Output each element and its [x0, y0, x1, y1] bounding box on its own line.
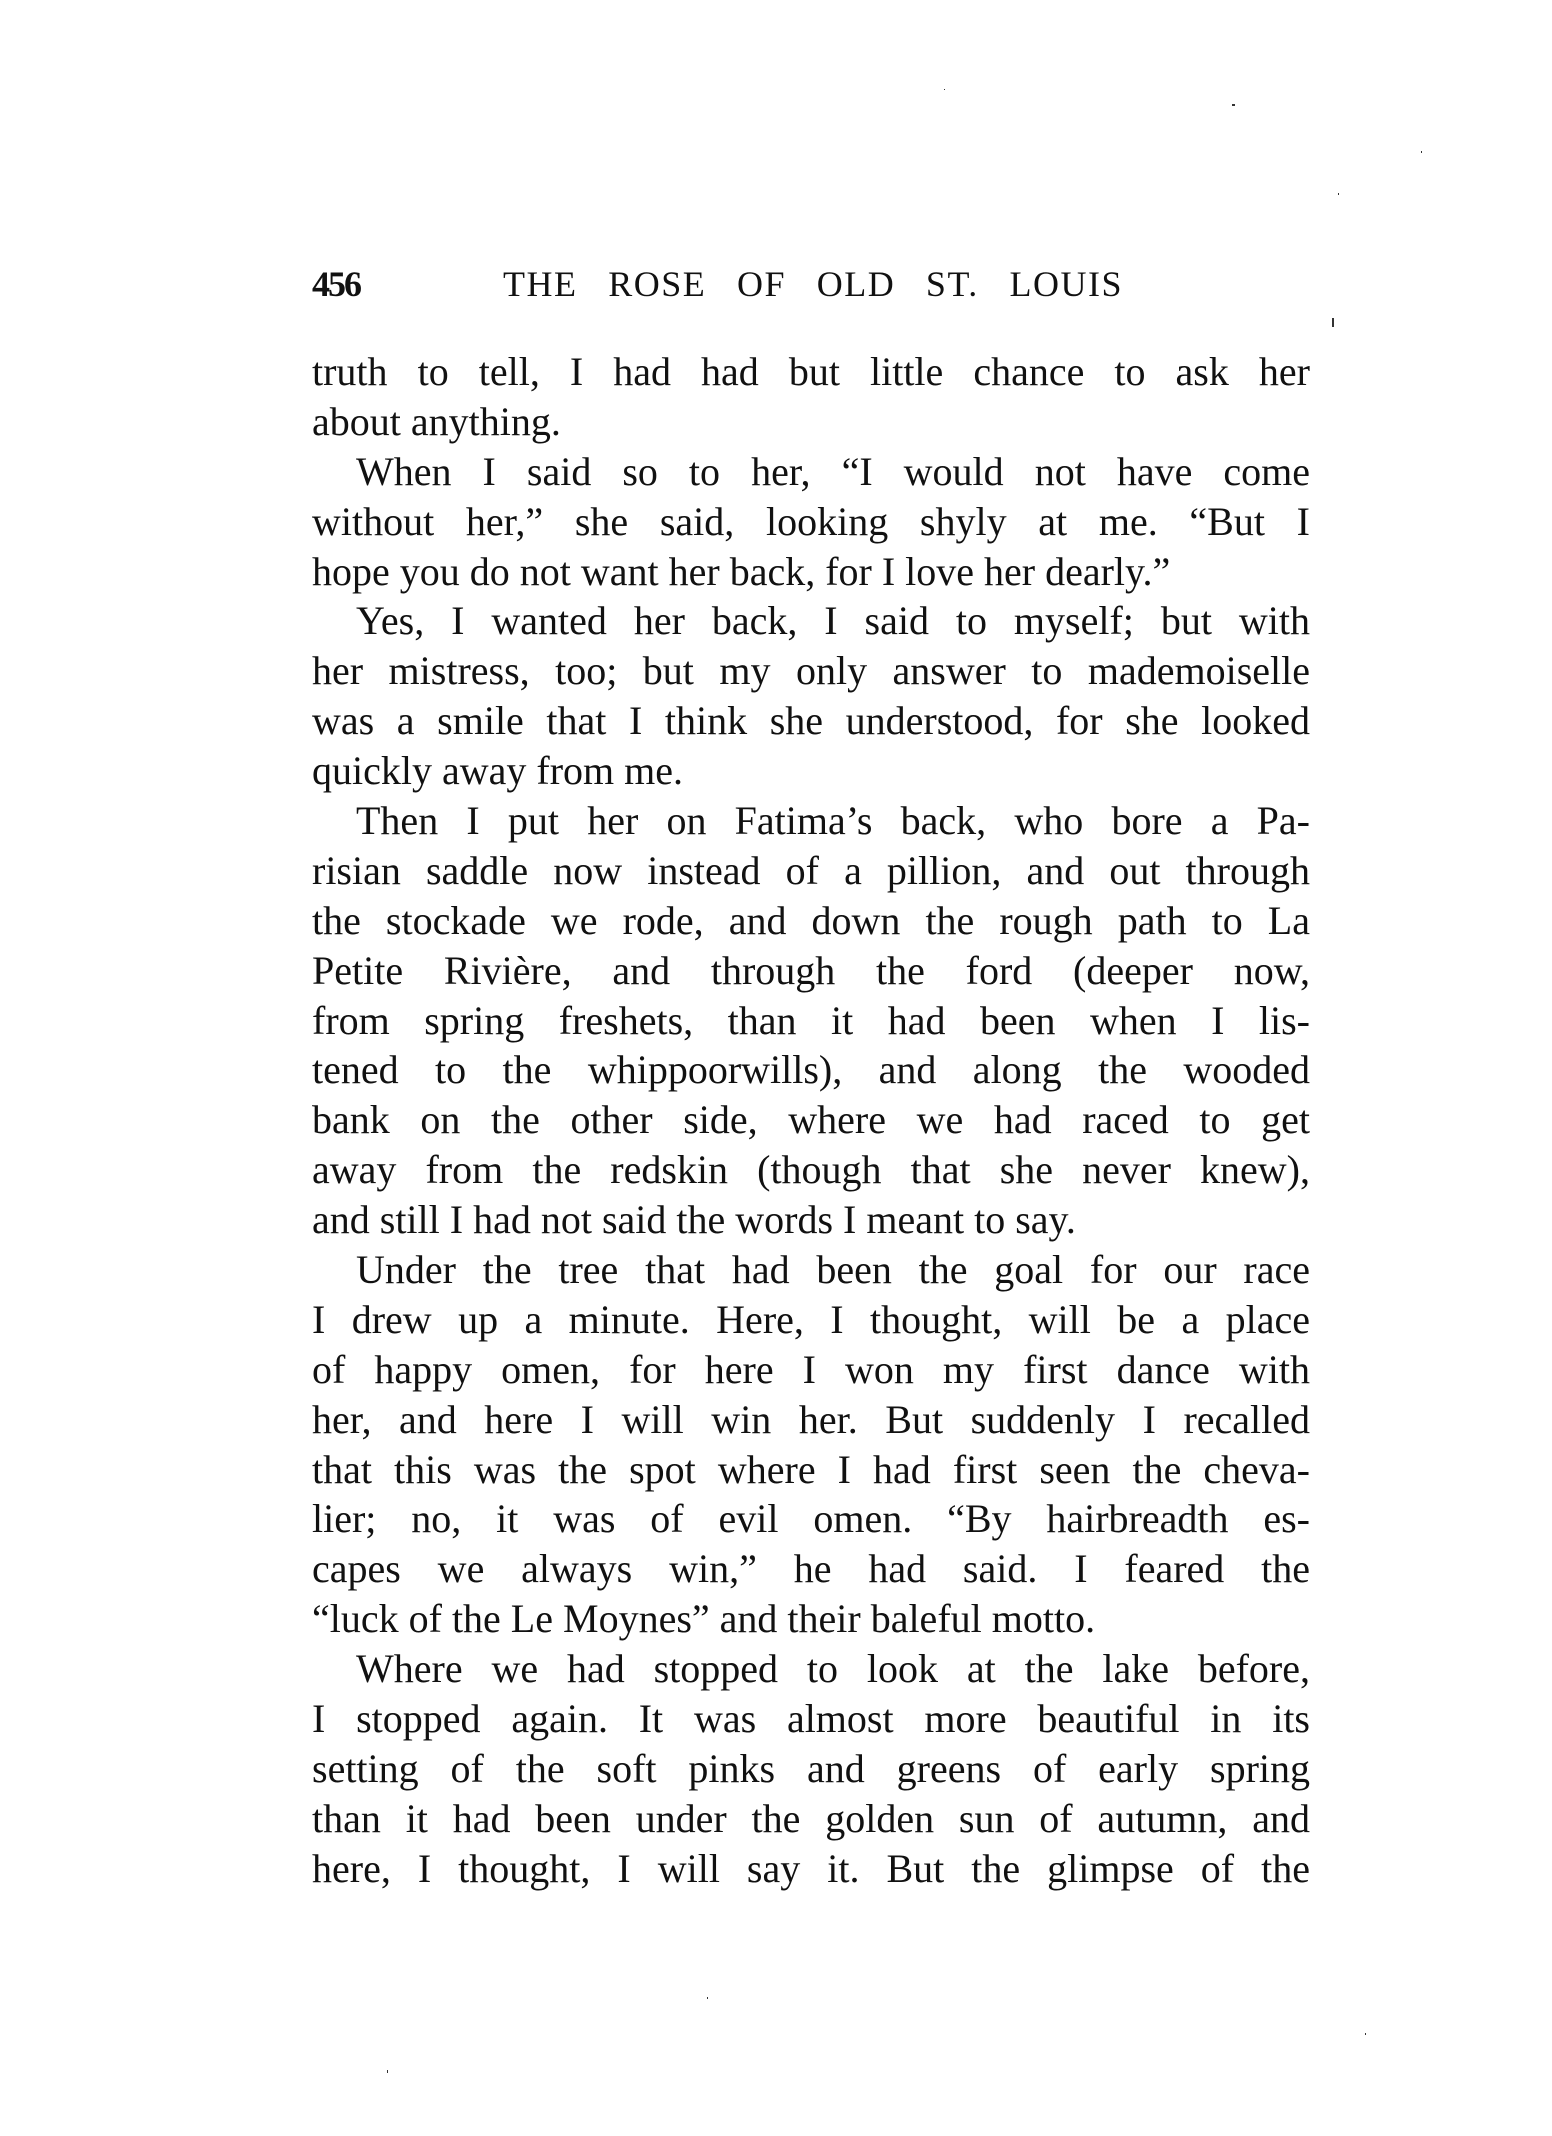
text-line: I drew up a minute. Here, I thought, wil… — [312, 1295, 1310, 1345]
text-line: tened to the whippoorwills), and along t… — [312, 1045, 1310, 1095]
paragraph: Under the tree that had been the goal fo… — [312, 1245, 1310, 1644]
text-line: lier; no, it was of evil omen. “By hairb… — [312, 1494, 1310, 1544]
text-line: When I said so to her, “I would not have… — [312, 447, 1310, 497]
text-line: bank on the other side, where we had rac… — [312, 1095, 1310, 1145]
scan-speck — [387, 2070, 388, 2073]
scan-speck — [1332, 318, 1334, 327]
text-line: from spring freshets, than it had been w… — [312, 996, 1310, 1046]
text-line: the stockade we rode, and down the rough… — [312, 896, 1310, 946]
paragraph: Then I put her on Fatima’s back, who bor… — [312, 796, 1310, 1245]
book-page: 456 THE ROSE OF OLD ST. LOUIS truth to t… — [0, 0, 1552, 2136]
text-line: I stopped again. It was almost more beau… — [312, 1694, 1310, 1744]
text-line: her, and here I will win her. But sudden… — [312, 1395, 1310, 1445]
text-line: Under the tree that had been the goal fo… — [312, 1245, 1310, 1295]
text-line: away from the redskin (though that she n… — [312, 1145, 1310, 1195]
text-line: “luck of the Le Moynes” and their balefu… — [312, 1594, 1310, 1644]
text-line: about anything. — [312, 397, 1310, 447]
body-text: truth to tell, I had had but little chan… — [312, 347, 1310, 1894]
text-line: capes we always win,” he had said. I fea… — [312, 1544, 1310, 1594]
scan-speck — [707, 1997, 708, 1999]
text-line: than it had been under the golden sun of… — [312, 1794, 1310, 1844]
scan-speck — [1232, 104, 1235, 106]
text-line: of happy omen, for here I won my first d… — [312, 1345, 1310, 1395]
running-title: THE ROSE OF OLD ST. LOUIS — [503, 262, 1123, 306]
running-header: 456 THE ROSE OF OLD ST. LOUIS — [312, 262, 1312, 306]
scan-speck — [1365, 2033, 1366, 2035]
scan-speck — [944, 89, 945, 90]
text-line: here, I thought, I will say it. But the … — [312, 1844, 1310, 1894]
text-line: risian saddle now instead of a pillion, … — [312, 846, 1310, 896]
paragraph: Yes, I wanted her back, I said to myself… — [312, 596, 1310, 796]
text-line: that this was the spot where I had first… — [312, 1445, 1310, 1495]
scan-speck — [1338, 193, 1339, 195]
scan-speck — [1421, 151, 1422, 153]
text-line: hope you do not want her back, for I lov… — [312, 547, 1310, 597]
paragraph: Where we had stopped to look at the lake… — [312, 1644, 1310, 1893]
text-line: Where we had stopped to look at the lake… — [312, 1644, 1310, 1694]
text-line: Petite Rivière, and through the ford (de… — [312, 946, 1310, 996]
paragraph: truth to tell, I had had but little chan… — [312, 347, 1310, 447]
text-line: without her,” she said, looking shyly at… — [312, 497, 1310, 547]
page-number: 456 — [312, 262, 360, 306]
text-line: and still I had not said the words I mea… — [312, 1195, 1310, 1245]
text-line: her mistress, too; but my only answer to… — [312, 646, 1310, 696]
paragraph: When I said so to her, “I would not have… — [312, 447, 1310, 597]
text-line: Then I put her on Fatima’s back, who bor… — [312, 796, 1310, 846]
text-line: Yes, I wanted her back, I said to myself… — [312, 596, 1310, 646]
text-line: was a smile that I think she understood,… — [312, 696, 1310, 746]
text-line: setting of the soft pinks and greens of … — [312, 1744, 1310, 1794]
text-line: quickly away from me. — [312, 746, 1310, 796]
text-line: truth to tell, I had had but little chan… — [312, 347, 1310, 397]
